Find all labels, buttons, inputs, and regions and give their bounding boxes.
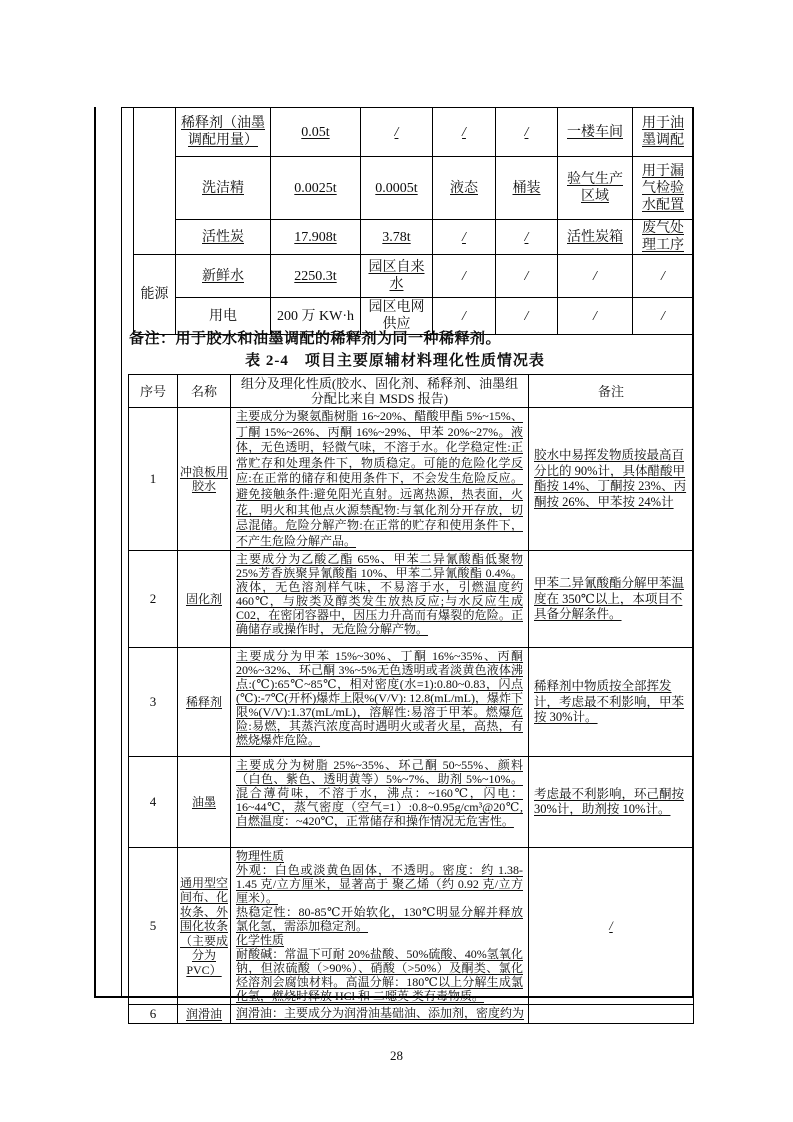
slash-cell: /: [558, 298, 633, 335]
name-cell: 油墨: [178, 757, 231, 848]
remark-cell: [529, 1005, 694, 1024]
usage-cell: 用于油墨调配: [633, 108, 694, 157]
slash-cell: /: [496, 298, 558, 335]
material-name-cell: 稀释剂（油墨调配用量）: [176, 108, 271, 157]
remark-cell: 胶水中易挥发物质按最高百分比的 90%计，具体醋酸甲酯按 14%、丁酮按 23%…: [529, 408, 694, 551]
amount-cell: 17.908t: [271, 220, 361, 255]
header-serial: 序号: [129, 375, 178, 408]
serial-cell: 6: [129, 1005, 178, 1024]
properties-table: 序号 名称 组分及理化性质(胶水、固化剂、稀释剂、油墨组分配比来自 MSDS 报…: [128, 374, 694, 1024]
name-cell: 稀释剂: [178, 648, 231, 757]
slash-cell: /: [496, 220, 558, 255]
header-composition: 组分及理化性质(胶水、固化剂、稀释剂、油墨组分配比来自 MSDS 报告): [231, 375, 529, 408]
remark-cell: /: [529, 848, 694, 1005]
serial-cell: 3: [129, 648, 178, 757]
usage-cell: 废气处理工序: [633, 220, 694, 255]
header-name: 名称: [178, 375, 231, 408]
storage-cell: 活性炭箱: [558, 220, 633, 255]
composition-cell: 主要成分为乙酸乙酯 65%、甲苯二异氰酸酯低聚物 25%芳香族聚异氰酸酯 10%…: [231, 551, 529, 648]
material-name-cell: 洗洁精: [176, 157, 271, 220]
name-cell: 固化剂: [178, 551, 231, 648]
composition-cell: 主要成分为树脂 25%~35%、环己酮 50~55%、颜料（白色、紫色、透明黄等…: [231, 757, 529, 848]
serial-cell: 1: [129, 408, 178, 551]
remark-cell: 考虑最不利影响，环己酮按 30%计，助剂按 10%计。: [529, 757, 694, 848]
slash-cell: /: [433, 108, 496, 157]
name-cell: 润滑油: [178, 1005, 231, 1024]
material-name-cell: 新鲜水: [176, 255, 271, 298]
amount-cell: 0.05t: [271, 108, 361, 157]
slash-cell: /: [496, 108, 558, 157]
note-line: 备注：用于胶水和油墨调配的稀释剂为同一种稀释剂。: [129, 327, 501, 348]
materials-table: 稀释剂（油墨调配用量） 0.05t / / / 一楼车间 用于油墨调配 洗洁精 …: [133, 107, 694, 335]
page-frame-left-border: [94, 107, 96, 997]
slash-cell: /: [633, 255, 694, 298]
template-divider-line: [121, 107, 122, 997]
serial-cell: 2: [129, 551, 178, 648]
serial-cell: 5: [129, 848, 178, 1005]
amount-cell: 0.0005t: [361, 157, 433, 220]
slash-cell: /: [361, 108, 433, 157]
energy-label-cell: 能源: [134, 255, 176, 335]
composition-cell: 物理性质 外观：白色或淡黄色固体，不透明。密度：约 1.38-1.45 克/立方…: [231, 848, 529, 1005]
slash-cell: /: [496, 255, 558, 298]
state-cell: 液态: [433, 157, 496, 220]
storage-cell: 一楼车间: [558, 108, 633, 157]
page-number: 28: [0, 1048, 793, 1064]
slash-cell: /: [433, 255, 496, 298]
serial-cell: 4: [129, 757, 178, 848]
amount-cell: 2250.3t: [271, 255, 361, 298]
remark-cell: 稀释剂中物质按全部挥发计，考虑最不利影响，甲苯按 30%计。: [529, 648, 694, 757]
composition-cell: 润滑油：主要成分为润滑油基础油、添加剂，密度约为: [231, 1005, 529, 1024]
amount-cell: 3.78t: [361, 220, 433, 255]
header-remark: 备注: [529, 375, 694, 408]
document-page: 稀释剂（油墨调配用量） 0.05t / / / 一楼车间 用于油墨调配 洗洁精 …: [0, 0, 793, 1122]
table-2-4-title: 表 2-4 项目主要原辅材料理化性质情况表: [95, 349, 695, 370]
slash-cell: /: [433, 220, 496, 255]
package-cell: 桶装: [496, 157, 558, 220]
category-cell-empty: [134, 108, 176, 255]
composition-cell: 主要成分为甲苯 15%~30%、丁酮 16%~35%、丙酮 20%~32%、环己…: [231, 648, 529, 757]
name-cell: 通用型空间布、化妆条、外围化妆条（主要成分为PVC）: [178, 848, 231, 1005]
amount-cell: 0.0025t: [271, 157, 361, 220]
name-cell: 冲浪板用胶水: [178, 408, 231, 551]
remark-cell: 甲苯二异氰酸酯分解甲苯温度在 350℃以上，本项目不具备分解条件。: [529, 551, 694, 648]
usage-cell: 用于漏气检验水配置: [633, 157, 694, 220]
material-name-cell: 活性炭: [176, 220, 271, 255]
storage-cell: 验气生产区域: [558, 157, 633, 220]
source-cell: 园区自来水: [361, 255, 433, 298]
composition-cell: 主要成分为聚氨酯树脂 16~20%、醋酸甲酯 5%~15%、丁酮 15%~26%…: [231, 408, 529, 551]
slash-cell: /: [558, 255, 633, 298]
slash-cell: /: [633, 298, 694, 335]
